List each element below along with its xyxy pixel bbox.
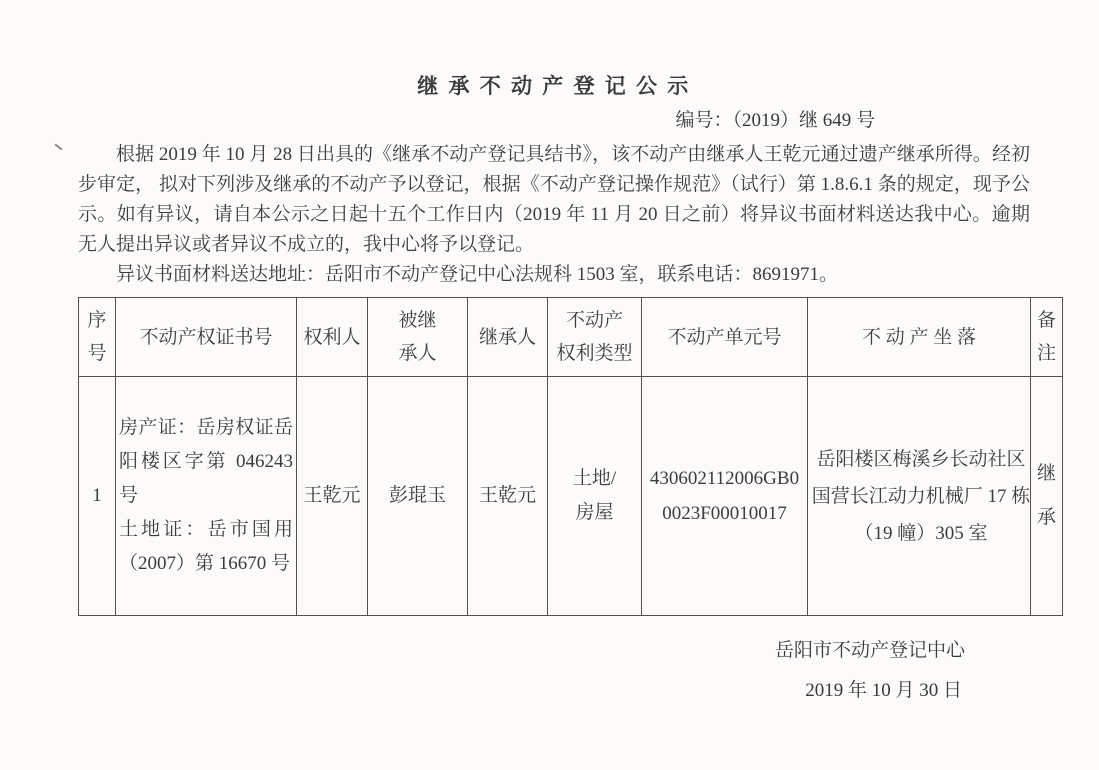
document-page: 继 承 不 动 产 登 记 公 示 编号：（2019）继 649 号 根据 20…: [0, 0, 1099, 770]
body-paragraph-2: 异议书面材料送达地址：岳阳市不动产登记中心法规科 1503 室，联系电话：869…: [78, 260, 1030, 290]
page-title: 继 承 不 动 产 登 记 公 示: [78, 0, 1030, 100]
scan-artifact: [54, 143, 62, 150]
cell-location: 岳阳楼区梅溪乡长动社区国营长江动力机械厂 17 栋（19 幢）305 室: [808, 377, 1031, 616]
cert-no-house: 房产证：岳房权证岳阳楼区字第 046243 号: [119, 411, 293, 513]
col-header-seq: 序 号: [79, 298, 116, 377]
doc-number: 编号：（2019）继 649 号: [78, 108, 1030, 134]
document-content: 继 承 不 动 产 登 记 公 示 编号：（2019）继 649 号 根据 20…: [78, 0, 1062, 702]
location-value: 岳阳楼区梅溪乡长动社区国营长江动力机械厂 17 栋（19 幢）305 室: [811, 441, 1031, 552]
issue-date: 2019 年 10 月 30 日: [78, 675, 965, 702]
col-header-right-holder: 权利人: [297, 298, 368, 377]
col-header-location: 不 动 产 坐 落: [808, 298, 1031, 377]
cell-right-type: 土地/ 房屋: [548, 377, 642, 616]
cell-remark: 继 承: [1031, 377, 1063, 616]
issuer: 岳阳市不动产登记中心: [78, 635, 965, 662]
cell-right-holder: 王乾元: [297, 377, 368, 616]
table-row: 1 房产证：岳房权证岳阳楼区字第 046243 号 土地证：岳市国用（2007）…: [79, 377, 1063, 616]
cert-no-land: 土地证：岳市国用（2007）第 16670 号: [119, 513, 293, 581]
table-header-row: 序 号 不动产权证书号 权利人 被继 承人 继承人 不动产 权利类型 不动产单元…: [79, 298, 1063, 377]
col-header-decedent: 被继 承人: [368, 298, 468, 377]
body-paragraph-1: 根据 2019 年 10 月 28 日出具的《继承不动产登记具结书》，该不动产由…: [78, 140, 1030, 260]
registration-table: 序 号 不动产权证书号 权利人 被继 承人 继承人 不动产 权利类型 不动产单元…: [78, 297, 1063, 616]
col-header-unit-no: 不动产单元号: [642, 298, 808, 377]
cell-seq: 1: [79, 377, 116, 616]
cell-cert-no: 房产证：岳房权证岳阳楼区字第 046243 号 土地证：岳市国用（2007）第 …: [116, 377, 297, 616]
cell-unit-no: 430602112006GB00023F00010017: [642, 377, 808, 616]
unit-number-value: 430602112006GB00023F00010017: [649, 461, 801, 531]
cell-decedent: 彭琨玉: [368, 377, 468, 616]
col-header-cert-no: 不动产权证书号: [116, 298, 297, 377]
footer: 岳阳市不动产登记中心 2019 年 10 月 30 日: [78, 635, 1062, 702]
col-header-heir: 继承人: [468, 298, 548, 377]
col-header-right-type: 不动产 权利类型: [548, 298, 642, 377]
cell-heir: 王乾元: [468, 377, 548, 616]
col-header-remark: 备 注: [1031, 298, 1063, 377]
